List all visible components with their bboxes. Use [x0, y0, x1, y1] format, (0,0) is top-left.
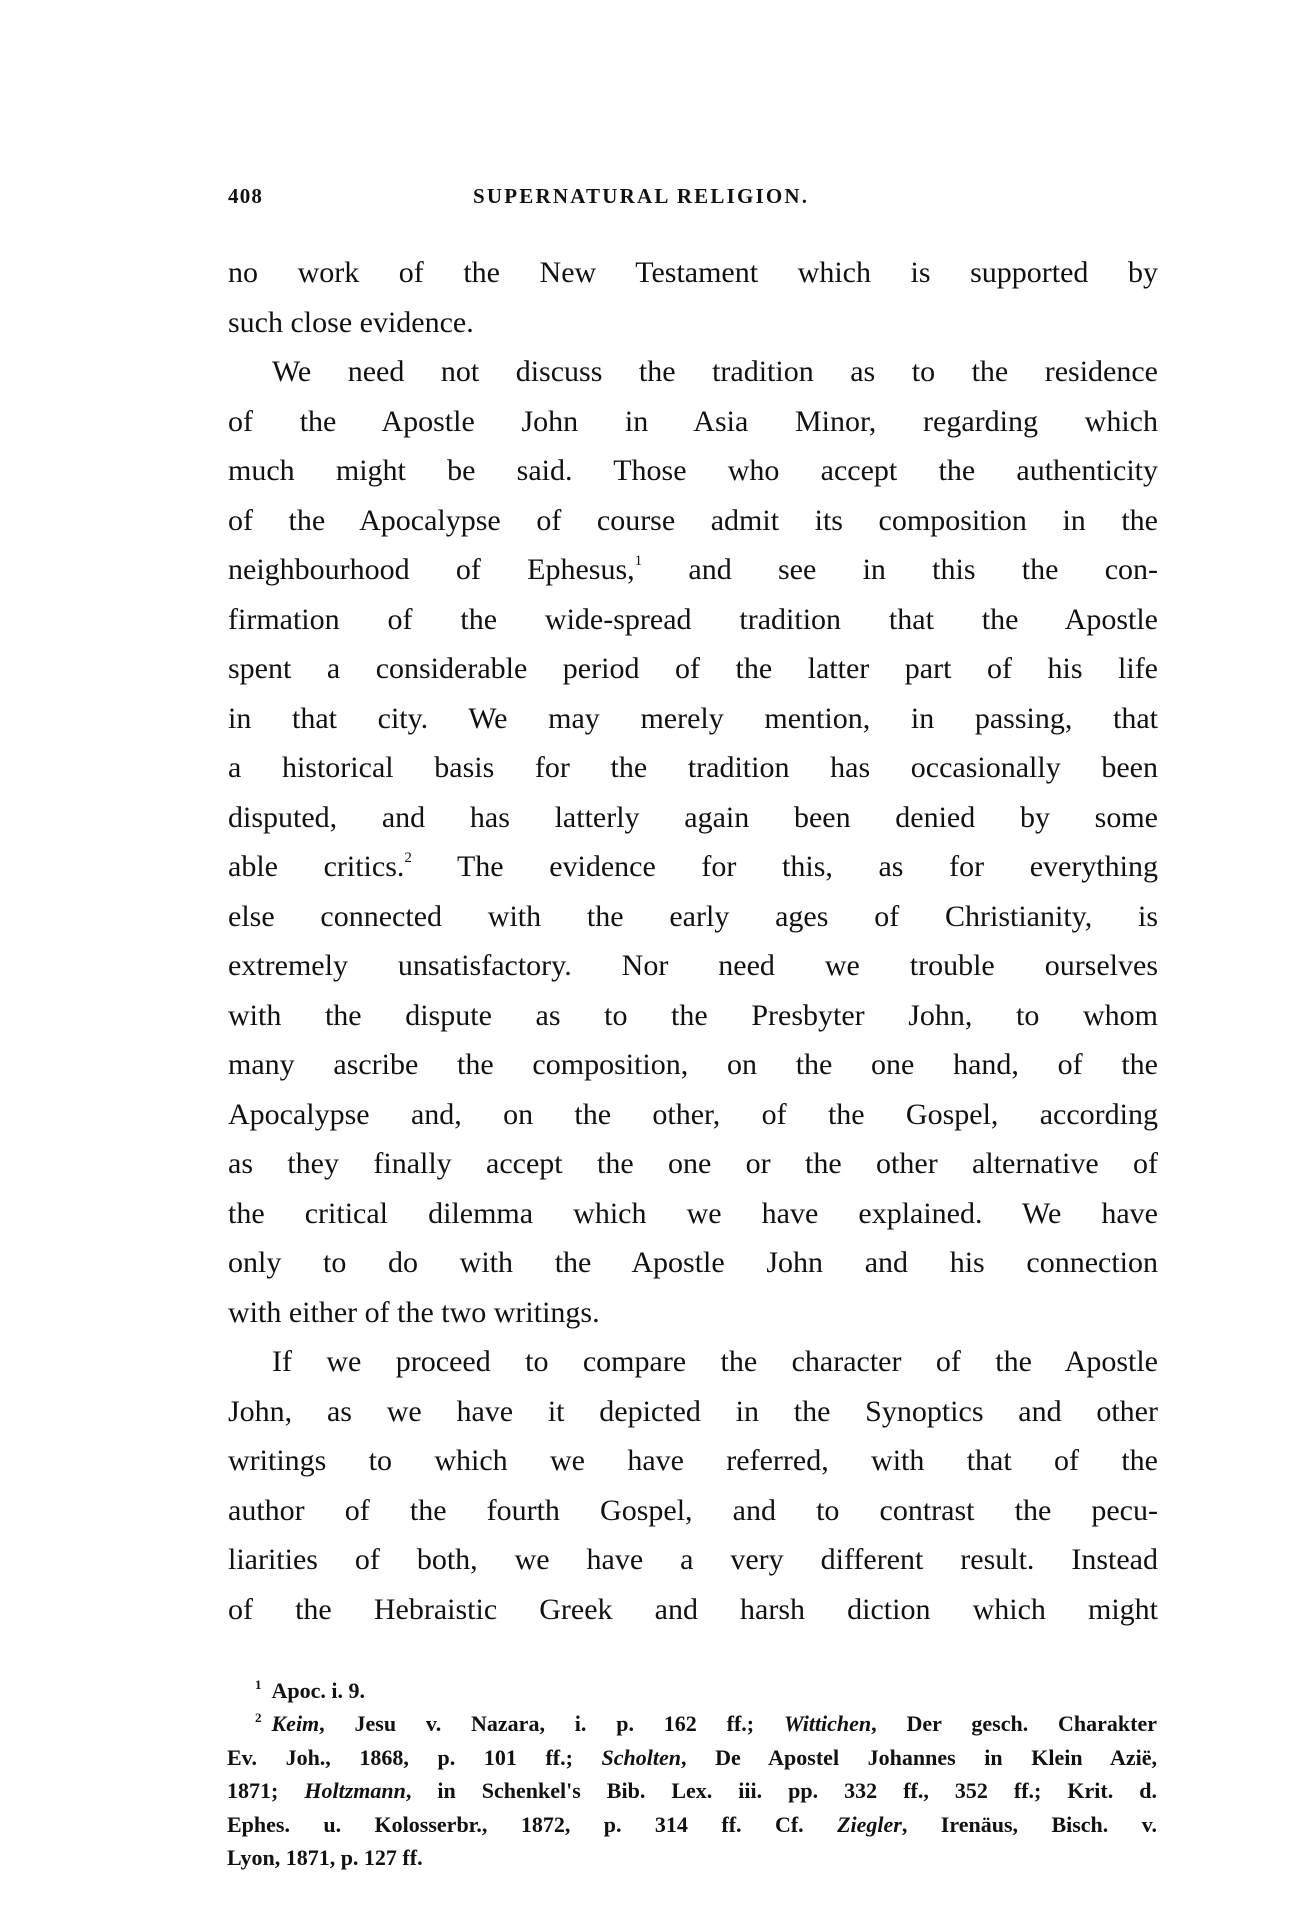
author-name: Holtzmann: [304, 1778, 405, 1803]
text-line: spent a considerable period of the latte…: [228, 644, 1158, 694]
text-segment: able critics.: [228, 850, 404, 883]
text-line: with either of the two writings.: [228, 1288, 1158, 1338]
text-segment: neighbourhood of Ephesus,: [228, 553, 635, 586]
text-line: firmation of the wide-spread tradition t…: [228, 595, 1158, 645]
footnote-2-line: Ev. Joh., 1868, p. 101 ff.; Scholten, De…: [227, 1741, 1157, 1774]
paragraph-start-line: We need not discuss the tradition as to …: [228, 347, 1158, 397]
page-number: 408: [228, 181, 263, 211]
text-line: as they finally accept the one or the ot…: [228, 1139, 1158, 1189]
text-line: able critics.2 The evidence for this, as…: [228, 842, 1158, 892]
footnote-text: , De Apostel Johannes in Klein Azië,: [681, 1745, 1157, 1770]
text-line: writings to which we have referred, with…: [228, 1436, 1158, 1486]
text-segment: The evidence for this, as for everything: [412, 850, 1158, 883]
book-page: 408 SUPERNATURAL RELIGION. no work of th…: [0, 0, 1292, 1925]
footnote-mark: 2: [255, 1710, 262, 1725]
paragraph-start-line: If we proceed to compare the character o…: [228, 1337, 1158, 1387]
footnote-text: , Der gesch. Charakter: [871, 1711, 1157, 1736]
text-line: neighbourhood of Ephesus,1 and see in th…: [228, 545, 1158, 595]
footnote-1: 1Apoc. i. 9.: [227, 1674, 1157, 1707]
text-line: John, as we have it depicted in the Syno…: [228, 1387, 1158, 1437]
author-name: Ziegler: [837, 1812, 902, 1837]
footnotes: 1Apoc. i. 9. 2Keim, Jesu v. Nazara, i. p…: [227, 1674, 1157, 1874]
text-line: the critical dilemma which we have expla…: [228, 1189, 1158, 1239]
body-text: no work of the New Testament which is su…: [228, 248, 1158, 1634]
text-line: extremely unsatisfactory. Nor need we tr…: [228, 941, 1158, 991]
text-line: liarities of both, we have a very differ…: [228, 1535, 1158, 1585]
text-line: of the Hebraistic Greek and harsh dictio…: [228, 1585, 1158, 1635]
footnote-reference-2[interactable]: 2: [404, 850, 412, 866]
text-line: no work of the New Testament which is su…: [228, 248, 1158, 298]
text-line: only to do with the Apostle John and his…: [228, 1238, 1158, 1288]
footnote-text: , Jesu v. Nazara, i. p. 162 ff.;: [319, 1711, 784, 1736]
author-name: Scholten: [602, 1745, 681, 1770]
text-line: with the dispute as to the Presbyter Joh…: [228, 991, 1158, 1041]
running-title: SUPERNATURAL RELIGION.: [473, 181, 809, 211]
running-head: 408 SUPERNATURAL RELIGION.: [228, 181, 1158, 211]
footnote-text: 1871;: [227, 1778, 304, 1803]
footnote-text: , Irenäus, Bisch. v.: [902, 1812, 1157, 1837]
footnote-text: Apoc. i. 9.: [272, 1678, 366, 1703]
text-line: author of the fourth Gospel, and to cont…: [228, 1486, 1158, 1536]
author-name: Keim: [272, 1711, 320, 1736]
footnote-2-line: Ephes. u. Kolosserbr., 1872, p. 314 ff. …: [227, 1808, 1157, 1841]
text-line: such close evidence.: [228, 298, 1158, 348]
footnote-2-line: 2Keim, Jesu v. Nazara, i. p. 162 ff.; Wi…: [227, 1707, 1157, 1740]
text-line: disputed, and has latterly again been de…: [228, 793, 1158, 843]
text-line: much might be said. Those who accept the…: [228, 446, 1158, 496]
text-line: Apocalypse and, on the other, of the Gos…: [228, 1090, 1158, 1140]
text-line: else connected with the early ages of Ch…: [228, 892, 1158, 942]
footnote-2-line: Lyon, 1871, p. 127 ff.: [227, 1841, 1157, 1874]
text-line: of the Apocalypse of course admit its co…: [228, 496, 1158, 546]
footnote-text: , in Schenkel's Bib. Lex. iii. pp. 332 f…: [406, 1778, 1157, 1803]
text-line: in that city. We may merely mention, in …: [228, 694, 1158, 744]
text-line: a historical basis for the tradition has…: [228, 743, 1158, 793]
footnote-text: Ephes. u. Kolosserbr., 1872, p. 314 ff. …: [227, 1812, 837, 1837]
footnote-text: Ev. Joh., 1868, p. 101 ff.;: [227, 1745, 602, 1770]
text-line: of the Apostle John in Asia Minor, regar…: [228, 397, 1158, 447]
footnote-2-line: 1871; Holtzmann, in Schenkel's Bib. Lex.…: [227, 1774, 1157, 1807]
text-segment: and see in this the con-: [642, 553, 1158, 586]
footnote-mark: 1: [255, 1677, 262, 1692]
author-name: Wittichen: [784, 1711, 871, 1736]
text-line: many ascribe the composition, on the one…: [228, 1040, 1158, 1090]
